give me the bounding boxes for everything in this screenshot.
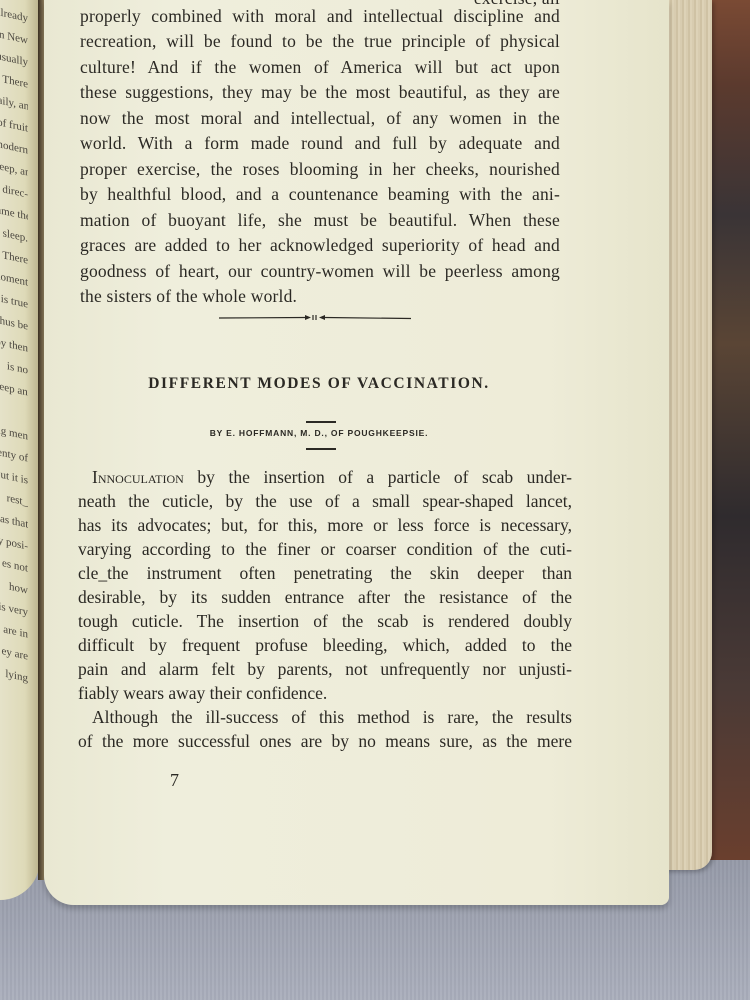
text-line: has its advocates; but, for this, more o… (78, 513, 572, 537)
text-line: of the more successful ones are by no me… (78, 729, 572, 753)
text-line: neath the cuticle, by the use of a small… (78, 489, 572, 513)
text-line: tough cuticle. The insertion of the scab… (78, 609, 572, 633)
text-line: the sisters of the whole world. (80, 284, 560, 310)
left-page: already in New usually There daily, and … (0, 0, 40, 900)
text-line: cle_the instrument often penetrating the… (78, 561, 572, 585)
text-line-rest: by the insertion of a particle of scab u… (184, 467, 572, 487)
section-divider-ornament (219, 313, 411, 323)
text-line: by healthful blood, and a countenance be… (80, 182, 560, 208)
text-line: difficult by frequent profuse bleeding, … (78, 633, 572, 657)
text-line: varying according to the finer or coarse… (78, 537, 572, 561)
right-page: exercise, all properly combined with mor… (44, 0, 669, 905)
title-rule (306, 421, 336, 423)
text-line: culture! And if the women of America wil… (80, 55, 560, 81)
left-page-text-fragments: already in New usually There daily, and … (0, 0, 28, 690)
text-line: goodness of heart, our country-women wil… (80, 259, 560, 285)
article-byline: BY E. HOFFMANN, M. D., OF POUGHKEEPSIE. (144, 428, 494, 438)
text-line: mation of buoyant life, she must be beau… (80, 208, 560, 234)
text-line: world. With a form made round and full b… (80, 131, 560, 157)
previous-article-ending: exercise, all properly combined with mor… (80, 0, 560, 310)
text-line: fiably wears away their confidence. (78, 681, 572, 705)
text-line: these suggestions, they may be the most … (80, 80, 560, 106)
text-line: Although the ill-success of this method … (78, 705, 572, 729)
page-number: 7 (170, 770, 179, 791)
text-line: now the most moral and intellectual, of … (80, 106, 560, 132)
text-line: graces are added to her acknowledged sup… (80, 233, 560, 259)
text-line: Innoculation by the insertion of a parti… (78, 465, 572, 489)
marbled-book-cover (706, 0, 750, 860)
text-line: proper exercise, the roses blooming in h… (80, 157, 560, 183)
text-line: pain and alarm felt by parents, not unfr… (78, 657, 572, 681)
text-line: desirable, by its sudden entrance after … (78, 585, 572, 609)
text-line: recreation, will be found to be the true… (80, 29, 560, 55)
text-line: properly combined with moral and intelle… (80, 4, 560, 30)
article-title: DIFFERENT MODES OF VACCINATION. (129, 375, 509, 393)
article-body: Innoculation by the insertion of a parti… (78, 465, 572, 753)
byline-rule (306, 448, 336, 450)
drop-word: Innoculation (92, 467, 184, 487)
